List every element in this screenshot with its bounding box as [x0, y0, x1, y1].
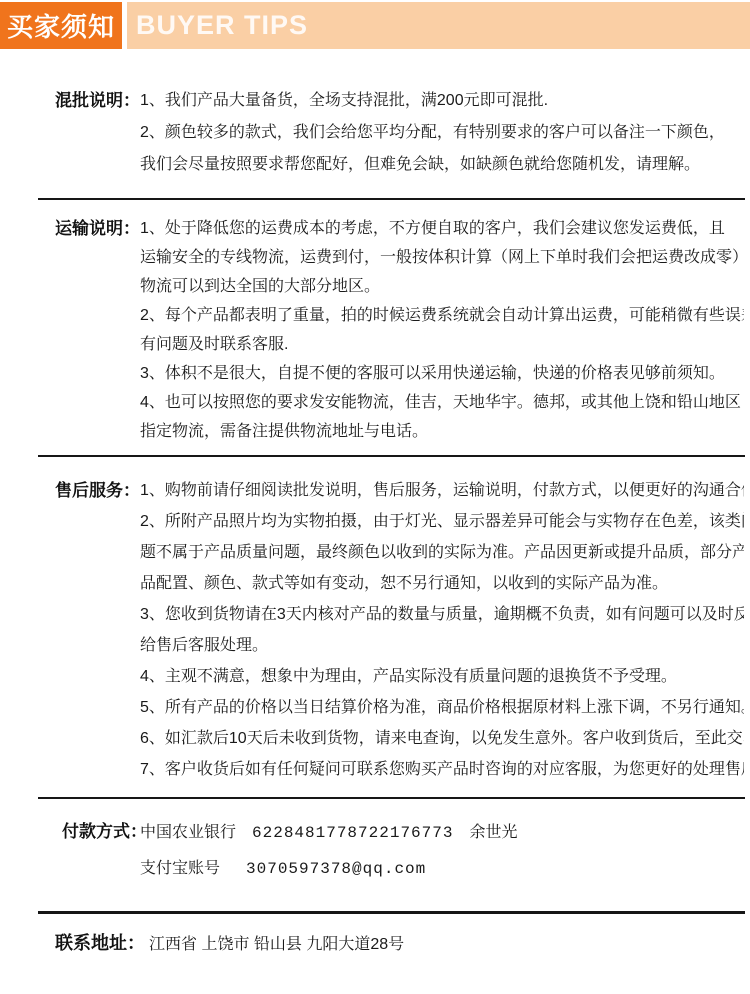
alipay-account: 3070597378@qq.com: [246, 851, 426, 887]
section-label-mixed-batch: 混批说明：: [55, 85, 140, 181]
text-line: 6、如汇款后10天后未收到货物，请来电查询，以免发生意外。客户收到货后，至此交易…: [140, 723, 744, 754]
divider-line: [38, 198, 745, 200]
section-body-after-sales: 1、购物前请仔细阅读批发说明，售后服务，运输说明，付款方式，以便更好的沟通合作。…: [140, 475, 744, 785]
payment-bank-row: 付款方式： 中国农业银行 6228481778722176773 余世光: [62, 814, 750, 851]
text-line: 有问题及时联系客服.: [140, 330, 744, 359]
bank-account-number: 6228481778722176773: [252, 815, 453, 851]
text-line: 题不属于产品质量问题，最终颜色以收到的实际为准。产品因更新或提升品质，部分产: [140, 537, 744, 568]
text-line: 给售后客服处理。: [140, 630, 744, 661]
section-body-mixed-batch: 1、我们产品大量备货，全场支持混批，满200元即可混批.2、颜色较多的款式，我们…: [140, 85, 744, 181]
section-payment: 付款方式： 中国农业银行 6228481778722176773 余世光 支付宝…: [0, 814, 750, 887]
buyer-tips-page: 买家须知 BUYER TIPS 混批说明： 1、我们产品大量备货，全场支持混批，…: [0, 0, 750, 994]
text-line: 7、客户收货后如有任何疑问可联系您购买产品时咨询的对应客服，为您更好的处理售后问…: [140, 754, 744, 785]
section-label-after-sales: 售后服务：: [55, 475, 140, 785]
text-line: 2、每个产品都表明了重量，拍的时候运费系统就会自动计算出运费，可能稍微有些误差，: [140, 301, 744, 330]
text-line: 物流可以到达全国的大部分地区。: [140, 272, 744, 301]
divider-line: [38, 911, 745, 914]
payment-label: 付款方式：: [62, 814, 140, 850]
text-line: 1、购物前请仔细阅读批发说明，售后服务，运输说明，付款方式，以便更好的沟通合作。: [140, 475, 744, 506]
contact-label: 联系地址：: [55, 929, 145, 955]
account-holder-name: 余世光: [469, 815, 517, 851]
text-line: 4、主观不满意，想象中为理由，产品实际没有质量问题的退换货不予受理。: [140, 661, 744, 692]
section-label-shipping: 运输说明：: [55, 214, 140, 446]
payment-alipay-row: 支付宝账号 3070597378@qq.com: [140, 851, 750, 887]
section-body-shipping: 1、处于降低您的运费成本的考虑，不方便自取的客户，我们会建议您发运费低，且运输安…: [140, 214, 744, 446]
alipay-label: 支付宝账号: [140, 851, 220, 887]
text-line: 指定物流，需备注提供物流地址与电话。: [140, 417, 744, 446]
divider-line: [38, 455, 745, 457]
divider-line: [38, 797, 745, 799]
text-line: 1、处于降低您的运费成本的考虑，不方便自取的客户，我们会建议您发运费低，且: [140, 214, 744, 243]
text-line: 3、体积不是很大，自提不便的客服可以采用快递运输，快递的价格表见够前须知。: [140, 359, 744, 388]
text-line: 品配置、颜色、款式等如有变动，恕不另行通知，以收到的实际产品为准。: [140, 568, 744, 599]
section-shipping: 运输说明： 1、处于降低您的运费成本的考虑，不方便自取的客户，我们会建议您发运费…: [0, 214, 750, 446]
text-line: 1、我们产品大量备货，全场支持混批，满200元即可混批.: [140, 85, 744, 117]
bank-name: 中国农业银行: [140, 815, 236, 851]
header-title-cn: 买家须知: [0, 2, 122, 49]
text-line: 运输安全的专线物流，运费到付，一般按体积计算（网上下单时我们会把运费改成零）: [140, 243, 744, 272]
section-mixed-batch: 混批说明： 1、我们产品大量备货，全场支持混批，满200元即可混批.2、颜色较多…: [0, 85, 750, 181]
page-header: 买家须知 BUYER TIPS: [0, 2, 750, 49]
contact-address: 江西省 上饶市 铅山县 九阳大道28号: [149, 931, 404, 954]
text-line: 5、所有产品的价格以当日结算价格为准，商品价格根据原材料上涨下调，不另行通知。: [140, 692, 744, 723]
header-title-en: BUYER TIPS: [127, 2, 750, 49]
section-contact: 联系地址： 江西省 上饶市 铅山县 九阳大道28号: [0, 929, 750, 955]
section-after-sales: 售后服务： 1、购物前请仔细阅读批发说明，售后服务，运输说明，付款方式，以便更好…: [0, 475, 750, 785]
text-line: 2、所附产品照片均为实物拍摄，由于灯光、显示器差异可能会与实物存在色差，该类问: [140, 506, 744, 537]
text-line: 2、颜色较多的款式，我们会给您平均分配，有特别要求的客户可以备注一下颜色，: [140, 117, 744, 149]
text-line: 4、也可以按照您的要求发安能物流，佳吉，天地华宇。德邦，或其他上饶和铅山地区: [140, 388, 744, 417]
text-line: 3、您收到货物请在3天内核对产品的数量与质量，逾期概不负责，如有问题可以及时反馈: [140, 599, 744, 630]
text-line: 我们会尽量按照要求帮您配好，但难免会缺，如缺颜色就给您随机发，请理解。: [140, 149, 744, 181]
